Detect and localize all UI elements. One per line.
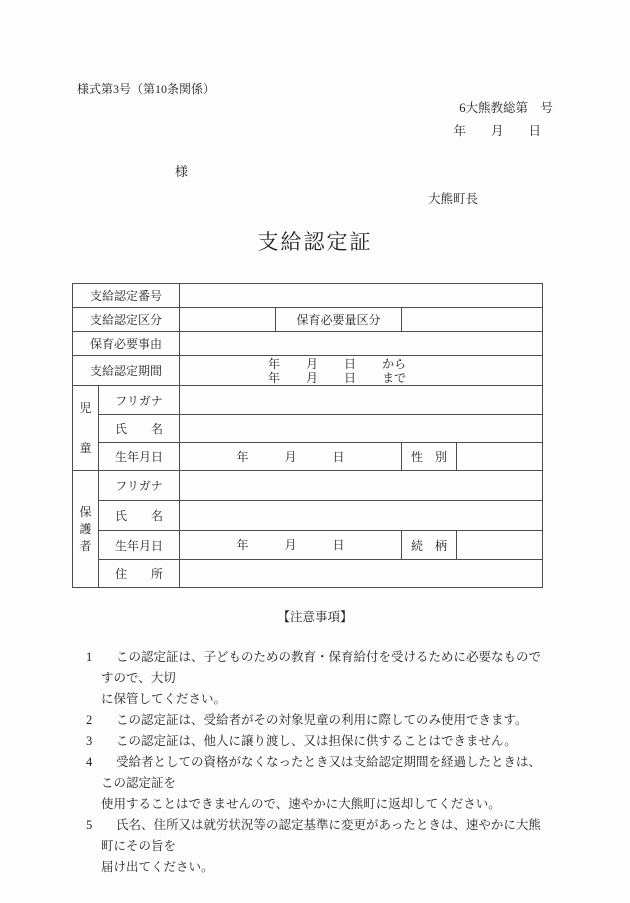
note-item: 4受給者としての資格がなくなったとき又は支給認定期間を経過したときは、この認定証… — [101, 752, 553, 815]
table-row: 児童 フリガナ — [73, 386, 543, 415]
certification-number-label: 支給認定番号 — [73, 284, 180, 308]
note-text: 受給者としての資格がなくなったとき又は支給認定期間を経過したときは、この認定証を… — [101, 755, 541, 811]
table-row: 保育必要事由 — [73, 332, 543, 356]
guardian-address-value — [180, 560, 543, 588]
guardian-birth-date-label: 生年月日 — [99, 531, 180, 560]
document-reference-number: 6大熊教総第 号 — [459, 98, 553, 116]
note-text: 氏名、住所又は就労状況等の認定基準に変更があったときは、速やかに大熊町にその旨を… — [101, 818, 541, 874]
childcare-amount-category-label: 保育必要量区分 — [276, 308, 402, 332]
certification-period-label: 支給認定期間 — [73, 356, 180, 386]
child-birth-date-value: 年 月 日 — [180, 443, 402, 471]
guardian-group-label-text: 保護者 — [79, 504, 93, 555]
certification-period-value: 年 月 日 から 年 月 日 まで — [180, 356, 543, 386]
table-row: 支給認定番号 — [73, 284, 543, 308]
note-number: 4 — [86, 752, 92, 773]
note-item: 1この認定証は、子どものための教育・保育給付を受けるために必要なものですので、大… — [101, 647, 553, 710]
child-birth-date-line: 年 月 日 — [180, 450, 401, 464]
period-to-month: 月 — [306, 371, 318, 385]
table-row: 氏 名 — [73, 415, 543, 443]
note-text: この認定証は、他人に譲り渡し、又は担保に供することはできません。 — [116, 734, 517, 748]
child-birth-day: 日 — [333, 450, 345, 464]
guardian-furigana-label: フリガナ — [99, 471, 180, 501]
table-row: 保護者 フリガナ — [73, 471, 543, 501]
period-to-suffix: まで — [382, 371, 406, 385]
child-group-label-text: 児童 — [79, 388, 93, 468]
child-birth-year: 年 — [236, 450, 248, 464]
note-text: この認定証は、受給者がその対象児童の利用に際してのみ使用できます。 — [116, 713, 528, 727]
period-to-line: 年 月 日 まで — [180, 371, 542, 385]
period-to-day: 日 — [344, 371, 356, 385]
guardian-birth-month: 月 — [285, 538, 297, 552]
note-item: 5氏名、住所又は就労状況等の認定基準に変更があったときは、速やかに大熊町にその旨… — [101, 815, 553, 878]
child-furigana-value — [180, 386, 543, 415]
period-from-year: 年 — [268, 357, 280, 371]
note-text: この認定証は、子どものための教育・保育給付を受けるために必要なものですので、大切… — [101, 650, 541, 706]
note-item: 2この認定証は、受給者がその対象児童の利用に際してのみ使用できます。 — [101, 710, 553, 731]
addressee-suffix: 様 — [175, 161, 188, 180]
guardian-relationship-label: 続 柄 — [402, 531, 457, 560]
childcare-necessity-reason-value — [180, 332, 543, 356]
guardian-birth-day: 日 — [333, 538, 345, 552]
table-row: 氏 名 — [73, 501, 543, 531]
issue-date-line: 年 月 日 — [453, 121, 541, 139]
table-row: 生年月日 年 月 日 性 別 — [73, 443, 543, 471]
period-from-day: 日 — [344, 357, 356, 371]
child-name-label: 氏 名 — [99, 415, 180, 443]
child-gender-value — [457, 443, 543, 471]
child-name-value — [180, 415, 543, 443]
guardian-birth-date-value: 年 月 日 — [180, 531, 402, 560]
form-number: 様式第3号（第10条関係） — [77, 80, 215, 97]
notes-list: 1この認定証は、子どものための教育・保育給付を受けるために必要なものですので、大… — [101, 647, 553, 878]
table-row: 支給認定期間 年 月 日 から 年 月 日 まで — [73, 356, 543, 386]
guardian-address-label: 住 所 — [99, 560, 180, 588]
childcare-necessity-reason-label: 保育必要事由 — [73, 332, 180, 356]
document-title: 支給認定証 — [0, 226, 630, 256]
issuer-name: 大熊町長 — [428, 189, 478, 207]
table-row: 支給認定区分 保育必要量区分 — [73, 308, 543, 332]
table-row: 生年月日 年 月 日 続 柄 — [73, 531, 543, 560]
table-row: 住 所 — [73, 560, 543, 588]
document-page: 様式第3号（第10条関係） 6大熊教総第 号 年 月 日 様 大熊町長 支給認定… — [0, 0, 630, 903]
guardian-name-label: 氏 名 — [99, 501, 180, 531]
guardian-birth-year: 年 — [236, 538, 248, 552]
note-number: 3 — [86, 731, 92, 752]
note-number: 1 — [86, 647, 92, 668]
certification-category-label: 支給認定区分 — [73, 308, 180, 332]
guardian-furigana-value — [180, 471, 543, 501]
childcare-amount-category-value — [402, 308, 543, 332]
period-from-line: 年 月 日 から — [180, 357, 542, 371]
guardian-name-value — [180, 501, 543, 531]
note-number: 2 — [86, 710, 92, 731]
period-from-suffix: から — [382, 357, 406, 371]
certification-category-value — [180, 308, 276, 332]
certification-number-value — [180, 284, 543, 308]
notes-heading: 【注意事項】 — [0, 607, 630, 625]
child-gender-label: 性 別 — [402, 443, 457, 471]
child-furigana-label: フリガナ — [99, 386, 180, 415]
child-group-label: 児童 — [73, 386, 99, 471]
guardian-relationship-value — [457, 531, 543, 560]
note-item: 3この認定証は、他人に譲り渡し、又は担保に供することはできません。 — [101, 731, 553, 752]
guardian-birth-date-line: 年 月 日 — [180, 538, 401, 552]
period-from-month: 月 — [306, 357, 318, 371]
certification-table: 支給認定番号 支給認定区分 保育必要量区分 保育必要事由 支給認定期間 年 月 — [72, 283, 543, 588]
child-birth-date-label: 生年月日 — [99, 443, 180, 471]
note-number: 5 — [86, 815, 92, 836]
period-to-year: 年 — [268, 371, 280, 385]
child-birth-month: 月 — [285, 450, 297, 464]
guardian-group-label: 保護者 — [73, 471, 99, 588]
